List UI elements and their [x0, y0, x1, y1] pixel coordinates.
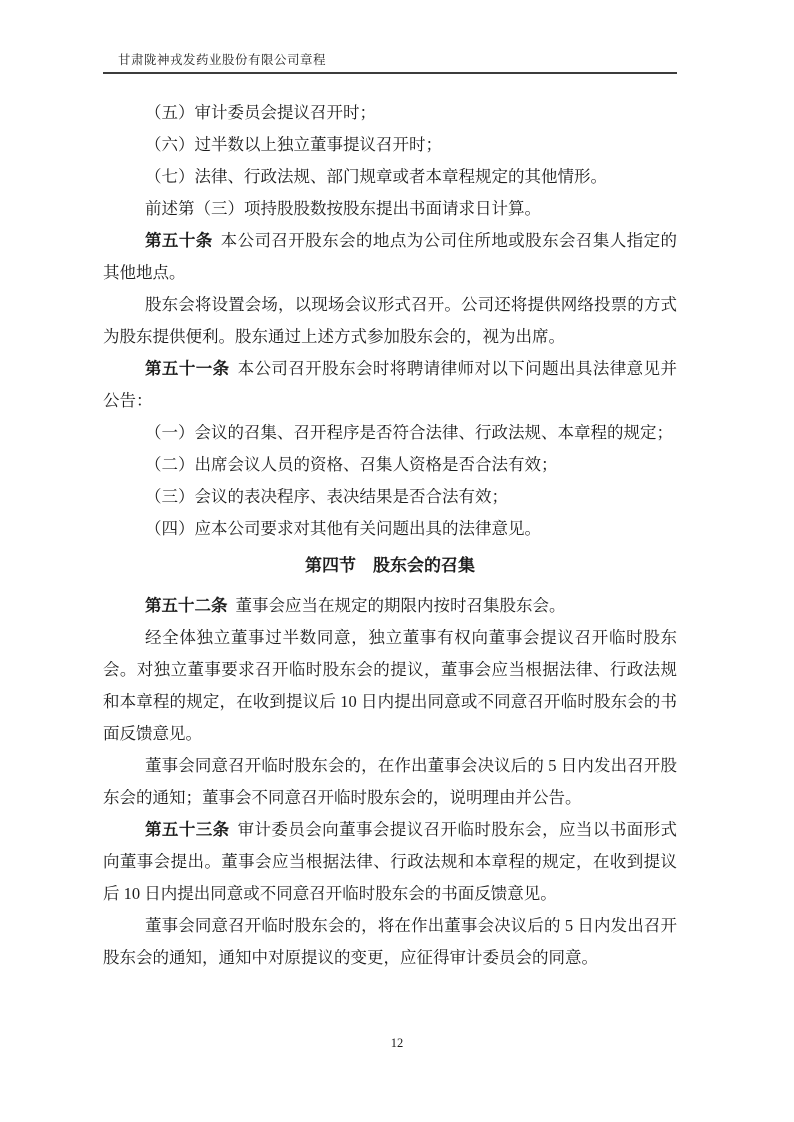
page-header: 甘肃陇神戎发药业股份有限公司章程 [0, 0, 794, 74]
paragraph: 董事会同意召开临时股东会的，在作出董事会决议后的 5 日内发出召开股东会的通知；… [103, 750, 677, 814]
list-item: （二）出席会议人员的资格、召集人资格是否合法有效； [103, 449, 677, 481]
article-text: 董事会应当在规定的期限内按时召集股东会。 [236, 596, 566, 615]
article-number: 第五十二条 [145, 596, 228, 615]
paragraph: 经全体独立董事过半数同意，独立董事有权向董事会提议召开临时股东会。对独立董事要求… [103, 622, 677, 750]
list-item: （三）会议的表决程序、表决结果是否合法有效； [103, 481, 677, 513]
page-number: 12 [391, 1036, 404, 1050]
article-paragraph: 第五十二条董事会应当在规定的期限内按时召集股东会。 [103, 590, 677, 622]
article-paragraph: 第五十条本公司召开股东会的地点为公司住所地或股东会召集人指定的其他地点。 [103, 225, 677, 289]
article-number: 第五十一条 [145, 359, 230, 378]
section-heading: 第四节 股东会的召集 [103, 550, 677, 582]
article-paragraph: 第五十一条本公司召开股东会时将聘请律师对以下问题出具法律意见并公告： [103, 353, 677, 417]
paragraph: 前述第（三）项持股股数按股东提出书面请求日计算。 [103, 193, 677, 225]
header-rule: 甘肃陇神戎发药业股份有限公司章程 [103, 50, 677, 74]
list-item: （六）过半数以上独立董事提议召开时； [103, 129, 677, 161]
article-number: 第五十条 [145, 231, 213, 250]
paragraph: 董事会同意召开临时股东会的，将在作出董事会决议后的 5 日内发出召开股东会的通知… [103, 910, 677, 974]
page-footer: 12 [0, 1036, 794, 1051]
document-page: 甘肃陇神戎发药业股份有限公司章程 （五）审计委员会提议召开时； （六）过半数以上… [0, 0, 794, 1122]
document-body: （五）审计委员会提议召开时； （六）过半数以上独立董事提议召开时； （七）法律、… [103, 97, 677, 974]
list-item: （七）法律、行政法规、部门规章或者本章程规定的其他情形。 [103, 161, 677, 193]
list-item: （四）应本公司要求对其他有关问题出具的法律意见。 [103, 513, 677, 545]
paragraph: 股东会将设置会场，以现场会议形式召开。公司还将提供网络投票的方式为股东提供便利。… [103, 289, 677, 353]
article-paragraph: 第五十三条审计委员会向董事会提议召开临时股东会，应当以书面形式向董事会提出。董事… [103, 814, 677, 910]
list-item: （五）审计委员会提议召开时； [103, 97, 677, 129]
list-item: （一）会议的召集、召开程序是否符合法律、行政法规、本章程的规定； [103, 417, 677, 449]
header-title: 甘肃陇神戎发药业股份有限公司章程 [118, 50, 677, 68]
article-number: 第五十三条 [145, 820, 230, 839]
